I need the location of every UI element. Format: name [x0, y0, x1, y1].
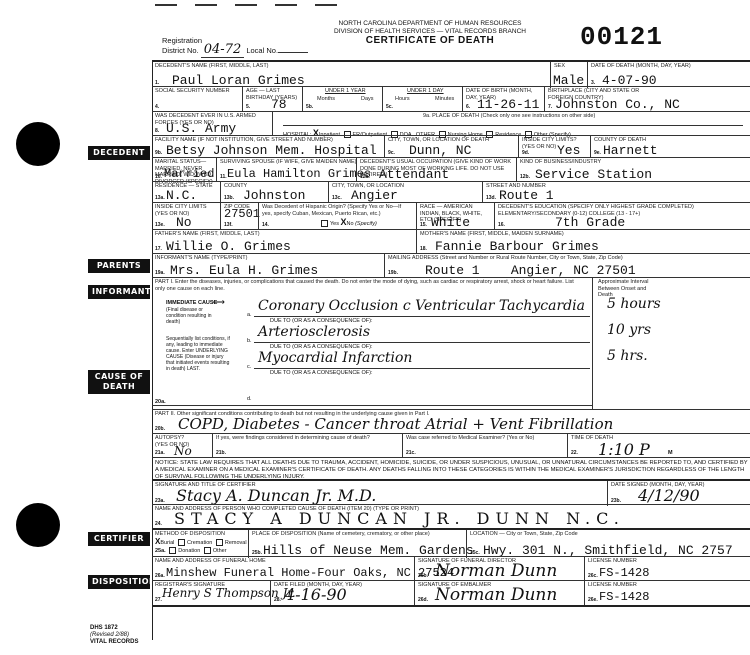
- row-registrar: REGISTRAR'S SIGNATURE 27. Henry S Thomps…: [152, 580, 750, 607]
- interval-divider: [592, 278, 594, 410]
- field-county-of-death[interactable]: COUNTY OF DEATH 9e. Harnett: [590, 136, 750, 158]
- side-label-certifier: CERTIFIER: [88, 532, 150, 546]
- field-place-of-death[interactable]: 9a. PLACE OF DEATH (Check only one see i…: [272, 112, 750, 136]
- row-name: DECEDENT'S NAME (First, Middle, Last) 1.…: [152, 60, 750, 88]
- value-occupation: Attendant: [379, 167, 449, 182]
- value-cause-c: Myocardial Infarction: [258, 350, 412, 366]
- num-9b: 9b.: [155, 150, 162, 156]
- disposition-method-options: XBurial Cremation Removal 25a. Donation …: [155, 538, 247, 555]
- field-date-of-birth[interactable]: DATE OF BIRTH (Month, Day, Year) 6. 11-2…: [462, 87, 545, 112]
- field-res-county[interactable]: COUNTY 13b. Johnston: [220, 182, 329, 203]
- field-res-street[interactable]: STREET AND NUMBER 13d. Route 1: [482, 182, 750, 203]
- num-13f: 13f.: [224, 222, 233, 228]
- value-county-of-death: Harnett: [603, 143, 658, 158]
- label-mailing-address: MAILING ADDRESS (Street and Number or Ru…: [388, 255, 623, 262]
- district-label: District No.: [162, 46, 199, 55]
- checkbox-hispanic-yes[interactable]: [321, 220, 328, 227]
- num-21c: 21c.: [406, 450, 416, 456]
- label-cremation: Cremation: [187, 540, 212, 546]
- label-removal: Removal: [225, 540, 247, 546]
- value-age: 78: [271, 97, 287, 112]
- field-hispanic[interactable]: Was Decedent of Hispanic Origin? (Specif…: [258, 203, 417, 230]
- label-disposition-method: METHOD OF DISPOSITION: [155, 531, 225, 538]
- side-label-cause-of-death: CAUSE OF DEATH: [88, 370, 150, 394]
- label-embalmer-license: LICENSE NUMBER: [588, 582, 637, 589]
- num-12b: 12b.: [520, 174, 530, 180]
- field-birthplace[interactable]: BIRTHPLACE (City and State or Foreign Co…: [544, 87, 750, 112]
- row-residence: RESIDENCE — STATE 13a. N.C. COUNTY 13b. …: [152, 181, 750, 203]
- num-5c: 5c.: [386, 104, 393, 110]
- field-disposition-method[interactable]: METHOD OF DISPOSITION XBurial Cremation …: [152, 530, 248, 558]
- label-sequential-desc: Sequentially list conditions, if any, le…: [166, 336, 231, 372]
- value-industry: Service Station: [535, 167, 652, 182]
- page-title: CERTIFICATE OF DEATH: [300, 37, 560, 45]
- num-10: 10.: [155, 174, 162, 180]
- form-footer: DHS 1872 (Revised 2/88) VITAL RECORDS: [90, 625, 138, 646]
- row-disposition: METHOD OF DISPOSITION XBurial Cremation …: [152, 528, 750, 558]
- local-label: Local No.: [246, 46, 278, 55]
- checkbox-other-disposition[interactable]: [204, 547, 211, 554]
- value-cause-b: Arteriosclerosis: [258, 324, 370, 340]
- label-months: Months: [317, 96, 335, 103]
- field-industry[interactable]: KIND OF BUSINESS/INDUSTRY 12b. Service S…: [516, 158, 750, 182]
- value-embalmer-signature: Norman Dunn: [435, 585, 557, 605]
- letter-d: d.: [247, 396, 252, 402]
- value-interval-a: 5 hours: [607, 296, 661, 312]
- num-8: 8.: [155, 128, 159, 134]
- value-res-state: N.C.: [166, 188, 197, 203]
- value-city-of-death: Dunn, NC: [409, 143, 471, 158]
- label-donation: Donation: [178, 548, 200, 554]
- checkbox-removal[interactable]: [216, 539, 223, 546]
- num-24: 24.: [155, 521, 162, 527]
- label-industry: KIND OF BUSINESS/INDUSTRY: [520, 159, 601, 166]
- num-13c: 13c.: [332, 195, 342, 201]
- row-informant: INFORMANT'S NAME (Type/Print) 19a. Mrs. …: [152, 253, 750, 278]
- num-14: 14.: [262, 222, 269, 228]
- value-funeral-director: Norman Dunn: [435, 561, 557, 581]
- label-date-of-death: DATE OF DEATH (Month, Day, Year): [591, 63, 691, 70]
- certificate-number: 00121: [580, 22, 663, 52]
- scan-marks: [155, 4, 355, 6]
- num-13b: 13b.: [224, 195, 234, 201]
- label-minutes: Minutes: [435, 96, 454, 103]
- value-funeral-home: Minshew Funeral Home-Four Oaks, NC 27524: [166, 566, 454, 581]
- letter-c: c.: [247, 364, 251, 370]
- label-time-suffix: M: [668, 450, 673, 456]
- value-date-filed: 4-16-90: [285, 585, 347, 604]
- num-22: 22.: [571, 450, 578, 456]
- value-zip: 27501: [224, 207, 260, 222]
- field-decedent-name[interactable]: DECEDENT'S NAME (First, Middle, Last) 1.…: [152, 62, 550, 88]
- field-father[interactable]: FATHER'S NAME (First, Middle, Last) 17. …: [152, 230, 416, 254]
- label-director-license: LICENSE NUMBER: [588, 558, 637, 565]
- field-medical-examiner[interactable]: Was case referred to Medical Examiner? (…: [402, 434, 568, 458]
- checkbox-cremation[interactable]: [178, 539, 185, 546]
- num-27: 27.: [155, 597, 162, 603]
- num-26a: 26a.: [155, 573, 165, 579]
- field-mailing-address[interactable]: MAILING ADDRESS (Street and Number or Ru…: [384, 254, 750, 278]
- label-place-of-death: 9a. PLACE OF DEATH (Check only one see i…: [423, 113, 595, 120]
- field-informant[interactable]: INFORMANT'S NAME (Type/Print) 19a. Mrs. …: [152, 254, 384, 278]
- label-disposition-place: PLACE OF DISPOSITION (Name of cemetery, …: [252, 531, 452, 538]
- field-race[interactable]: RACE — American Indian, Black, White, et…: [416, 203, 495, 230]
- letter-a: a.: [247, 312, 252, 318]
- side-label-parents: PARENTS: [88, 259, 150, 273]
- row-marital: MARITAL STATUS—Married, Never Married, W…: [152, 157, 750, 182]
- value-interval-b: 10 yrs: [607, 322, 651, 338]
- field-city-of-death[interactable]: CITY, TOWN, OR LOCATION OF DEATH 9c. Dun…: [384, 136, 519, 158]
- num-21b: 21b.: [216, 450, 226, 456]
- num-12a: 12a.: [360, 174, 370, 180]
- value-mailing-address: Route 1 Angier, NC 27501: [425, 263, 636, 278]
- header-dept: NORTH CAROLINA DEPARTMENT OF HUMAN RESOU…: [300, 20, 560, 45]
- label-findings: If yes, were findings considered in dete…: [216, 435, 370, 442]
- label-mother: MOTHER'S NAME (First, Middle, Maiden Sur…: [420, 231, 564, 238]
- label-hispanic: Was Decedent of Hispanic Origin? (Specif…: [262, 204, 412, 217]
- value-res-city: Angier: [351, 188, 398, 203]
- row-cause-part2: PART II. Other significant conditions co…: [152, 409, 750, 434]
- cause-line-c[interactable]: Myocardial Infarction: [254, 352, 590, 369]
- field-funeral-director[interactable]: SIGNATURE OF FUNERAL DIRECTOR 26b. Norma…: [414, 557, 585, 581]
- num-17: 17.: [155, 246, 162, 252]
- num-15: 15.: [420, 222, 427, 228]
- cause-line-b[interactable]: Arteriosclerosis: [254, 326, 590, 343]
- num-16: 16.: [498, 222, 505, 228]
- row-notice: NOTICE: STATE LAW REQUIRES THAT ALL DEAT…: [152, 457, 750, 480]
- label-hispanic-no: No: [347, 221, 354, 227]
- punch-hole-bottom: [16, 503, 60, 547]
- label-under-1-year: UNDER 1 YEAR: [325, 88, 366, 95]
- value-certifier-person[interactable]: STACY A DUNCAN JR. DUNN N.C.: [174, 509, 625, 528]
- field-funeral-home[interactable]: NAME AND ADDRESS OF FUNERAL HOME 26a. Mi…: [152, 557, 414, 581]
- value-cause-a: Coronary Occlusion c Ventricular Tachyca…: [258, 298, 585, 314]
- field-zip[interactable]: ZIP CODE 13f. 27501: [220, 203, 259, 230]
- num-13d: 13d.: [486, 195, 496, 201]
- value-date-of-birth: 11-26-11: [477, 97, 539, 112]
- label-burial: Burial: [160, 540, 174, 546]
- num-13e: 13e.: [155, 222, 165, 228]
- num-9d: 9d.: [522, 150, 529, 156]
- header-line1: NORTH CAROLINA DEPARTMENT OF HUMAN RESOU…: [300, 20, 560, 28]
- value-res-street: Route 1: [499, 188, 554, 203]
- field-res-state[interactable]: RESIDENCE — STATE 13a. N.C.: [152, 182, 220, 203]
- value-informant: Mrs. Eula H. Grimes: [170, 263, 318, 278]
- row-facility: FACILITY NAME (If not institution, give …: [152, 135, 750, 158]
- label-hours: Hours: [395, 96, 410, 103]
- form-number: DHS 1872: [90, 625, 138, 632]
- num-5: 5.: [246, 104, 250, 110]
- side-label-informant: INFORMANT: [88, 285, 150, 299]
- label-due-to-c: DUE TO (OR AS A CONSEQUENCE OF):: [270, 370, 372, 376]
- field-sex[interactable]: SEX Male: [550, 62, 588, 88]
- field-education[interactable]: DECEDENT'S EDUCATION (Specify only highe…: [494, 203, 750, 230]
- label-sex: SEX: [554, 63, 565, 70]
- field-under-1-day[interactable]: UNDER 1 DAY Hours Minutes 5c.: [382, 87, 463, 112]
- field-spouse[interactable]: SURVIVING SPOUSE (If wife, give maiden n…: [216, 158, 357, 182]
- field-embalmer-signature[interactable]: SIGNATURE OF EMBALMER 26d. Norman Dunn: [414, 581, 585, 605]
- row-autopsy: AUTOPSY? (Yes or No) 21a. No If yes, wer…: [152, 433, 750, 458]
- num-19b: 19b.: [388, 270, 398, 276]
- registration-block: Registration District No. 04-72 Local No…: [162, 36, 308, 55]
- field-armed-forces[interactable]: WAS DECEDENT EVER IN U.S. ARMED FORCES (…: [152, 112, 272, 136]
- num-7: 7.: [548, 104, 552, 110]
- letter-b: b.: [247, 338, 252, 344]
- label-spouse: SURVIVING SPOUSE (If wife, give maiden n…: [220, 159, 357, 166]
- label-days: Days: [361, 96, 374, 103]
- side-label-decedent: DECEDENT: [88, 146, 150, 160]
- value-mother: Fannie Barbour Grimes: [435, 239, 599, 254]
- field-disposition-place[interactable]: PLACE OF DISPOSITION (Name of cemetery, …: [248, 530, 467, 558]
- row-age: SOCIAL SECURITY NUMBER 4. AGE — Last Bir…: [152, 86, 750, 112]
- num-4: 4.: [155, 104, 159, 110]
- label-father: FATHER'S NAME (First, Middle, Last): [155, 231, 260, 238]
- label-medical-examiner: Was case referred to Medical Examiner? (…: [406, 435, 534, 442]
- field-inside-city[interactable]: INSIDE CITY LIMITS? (Yes or No) 9d. Yes: [518, 136, 591, 158]
- field-certifier-signature[interactable]: SIGNATURE AND TITLE OF CERTIFIER 23a. St…: [152, 481, 607, 506]
- num-5b: 5b.: [306, 104, 313, 110]
- form-dept: VITAL RECORDS: [90, 639, 138, 646]
- field-mother[interactable]: MOTHER'S NAME (First, Middle, Maiden Sur…: [416, 230, 750, 254]
- label-funeral-home: NAME AND ADDRESS OF FUNERAL HOME: [155, 558, 266, 565]
- value-spouse: Eula Hamilton Grimes: [227, 167, 371, 182]
- field-disposition-location[interactable]: LOCATION — City or Town, State, Zip Code…: [466, 530, 750, 558]
- label-other-disposition: Other: [213, 548, 227, 554]
- side-label-disposition: DISPOSITION: [88, 575, 150, 589]
- field-time-of-death[interactable]: TIME OF DEATH 22. 1:10 P M: [567, 434, 750, 458]
- field-director-license[interactable]: LICENSE NUMBER 26c. FS-1428: [584, 557, 750, 581]
- label-informant: INFORMANT'S NAME (Type/Print): [155, 255, 247, 262]
- num-13a: 13a.: [155, 195, 165, 201]
- label-ssn: SOCIAL SECURITY NUMBER: [155, 88, 230, 95]
- value-part2[interactable]: COPD, Diabetes - Cancer throat Atrial + …: [178, 415, 613, 433]
- field-res-city[interactable]: CITY, TOWN, OR LOCATION 13c. Angier: [328, 182, 483, 203]
- value-inside-city: Yes: [557, 143, 580, 158]
- value-interval-c: 5 hrs.: [607, 348, 648, 364]
- field-age[interactable]: AGE — Last Birthday (Years) 5. 78: [242, 87, 303, 112]
- punch-hole-top: [16, 122, 60, 166]
- num-25a: 25a.: [155, 548, 166, 554]
- value-autopsy: No: [174, 444, 192, 458]
- value-marital-status: Married: [164, 167, 214, 182]
- field-embalmer-license[interactable]: LICENSE NUMBER 26e. FS-1428: [584, 581, 750, 605]
- field-res-inside-city[interactable]: INSIDE CITY LIMITS (Yes or No) 13e. No: [152, 203, 220, 230]
- row-demographics: INSIDE CITY LIMITS (Yes or No) 13e. No Z…: [152, 202, 750, 230]
- value-education: 7th Grade: [555, 215, 625, 230]
- num-21a: 21a.: [155, 450, 165, 456]
- num-28: 28.: [274, 597, 281, 603]
- field-registrar-signature[interactable]: REGISTRAR'S SIGNATURE 27. Henry S Thomps…: [152, 581, 270, 605]
- field-date-signed[interactable]: DATE SIGNED (Month, Day, Year) 23b. 4/12…: [607, 481, 750, 506]
- value-armed-forces: U.S. Army: [166, 121, 236, 136]
- field-marital-status[interactable]: MARITAL STATUS—Married, Never Married, W…: [152, 158, 216, 182]
- cause-line-a[interactable]: Coronary Occlusion c Ventricular Tachyca…: [254, 300, 590, 317]
- num-20b: 20b.: [155, 426, 165, 432]
- row-parents: FATHER'S NAME (First, Middle, Last) 17. …: [152, 229, 750, 254]
- row-cause-part1: PART I. Enter the diseases, injuries, or…: [152, 277, 750, 410]
- row-certifier-person: NAME AND ADDRESS OF PERSON WHO COMPLETED…: [152, 504, 750, 529]
- label-disposition-location: LOCATION — City or Town, State, Zip Code: [470, 531, 578, 538]
- label-immediate-cause: IMMEDIATE CAUSE: [166, 300, 217, 306]
- field-ssn[interactable]: SOCIAL SECURITY NUMBER 4.: [152, 87, 242, 112]
- label-hispanic-specify: (Specify): [355, 221, 377, 227]
- row-armed-forces: WAS DECEDENT EVER IN U.S. ARMED FORCES (…: [152, 111, 750, 136]
- label-immediate-desc: (Final disease or condition resulting in…: [166, 307, 214, 325]
- num-26c: 26c.: [588, 573, 598, 579]
- field-occupation[interactable]: DECEDENT'S USUAL OCCUPATION (Give kind o…: [356, 158, 517, 182]
- num-26d: 26d.: [418, 597, 428, 603]
- value-embalmer-license: FS-1428: [599, 590, 649, 605]
- value-certifier-signature: Stacy A. Duncan Jr. M.D.: [176, 486, 376, 505]
- district-number: 04-72: [201, 42, 244, 58]
- num-19a: 19a.: [155, 270, 165, 276]
- value-res-county: Johnston: [243, 188, 305, 203]
- field-date-filed[interactable]: DATE FILED (Month, Day, Year) 28. 4-16-9…: [270, 581, 415, 605]
- row-funeral-home: NAME AND ADDRESS OF FUNERAL HOME 26a. Mi…: [152, 556, 750, 581]
- num-9e: 9e.: [594, 150, 601, 156]
- num-6: 6.: [466, 104, 470, 110]
- checkbox-donation[interactable]: [169, 547, 176, 554]
- cause-line-d[interactable]: [152, 404, 592, 406]
- num-26e: 26e.: [588, 597, 598, 603]
- value-director-license: FS-1428: [599, 566, 649, 581]
- certificate-form: DECEDENT'S NAME (First, Middle, Last) 1.…: [152, 60, 750, 644]
- num-11: 11.: [220, 174, 227, 180]
- hispanic-options: Yes XNo (Specify): [319, 217, 377, 227]
- row-certifier-signature: SIGNATURE AND TITLE OF CERTIFIER 23a. St…: [152, 479, 750, 506]
- label-part1-instructions: PART I. Enter the diseases, injuries, or…: [155, 279, 585, 292]
- form-revised: (Revised 2/88): [90, 632, 138, 639]
- value-date-signed: 4/12/90: [638, 486, 700, 505]
- field-findings[interactable]: If yes, were findings considered in dete…: [212, 434, 403, 458]
- value-birthplace: Johnston Co., NC: [555, 97, 680, 112]
- field-date-of-death[interactable]: DATE OF DEATH (Month, Day, Year) 3. 4-07…: [587, 62, 750, 88]
- num-9c: 9c.: [388, 150, 395, 156]
- value-race: White: [431, 215, 470, 230]
- label-hispanic-yes: Yes: [330, 221, 339, 227]
- label-decedent-name: DECEDENT'S NAME (First, Middle, Last): [155, 63, 269, 70]
- notice-text: NOTICE: STATE LAW REQUIRES THAT ALL DEAT…: [155, 460, 748, 480]
- field-facility[interactable]: FACILITY NAME (If not institution, give …: [152, 136, 384, 158]
- num-26b: 26b.: [418, 573, 428, 579]
- value-father: Willie O. Grimes: [166, 239, 291, 254]
- num-18: 18.: [420, 246, 427, 252]
- field-under-1-year[interactable]: UNDER 1 YEAR Months Days 5b.: [302, 87, 383, 112]
- value-res-inside-city: No: [176, 215, 192, 230]
- label-under-1-day: UNDER 1 DAY: [407, 88, 444, 95]
- field-autopsy[interactable]: AUTOPSY? (Yes or No) 21a. No: [152, 434, 212, 458]
- value-facility: Betsy Johnson Mem. Hospital: [166, 143, 377, 158]
